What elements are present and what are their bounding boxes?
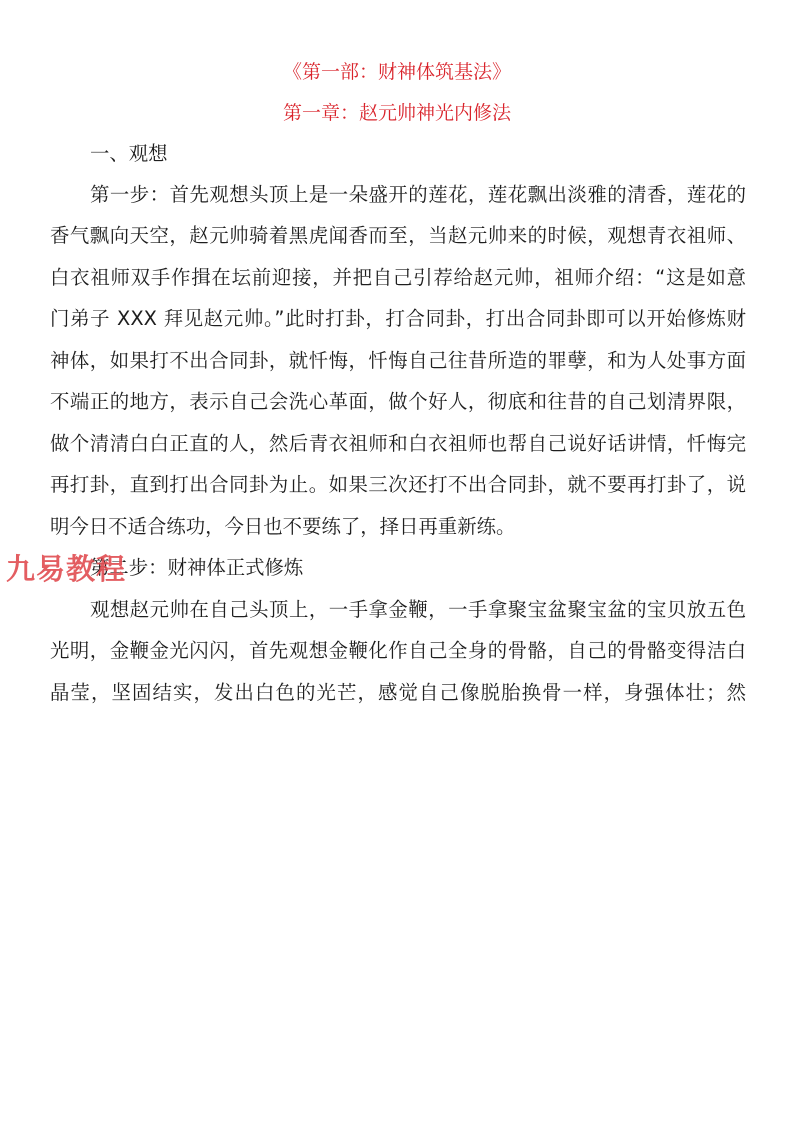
- step2-heading: 第二步：财神体正式修炼: [90, 556, 746, 580]
- part-title: 《第一部：财神体筑基法》: [0, 60, 794, 84]
- paragraph-line: 门弟子 XXX 拜见赵元帅。”此时打卦，打合同卦，打出合同卦即可以开始修炼财: [50, 307, 746, 331]
- paragraph-line: 再打卦，直到打出合同卦为止。如果三次还打不出合同卦，就不要再打卦了，说: [50, 473, 746, 497]
- paragraph-line: 第一步：首先观想头顶上是一朵盛开的莲花，莲花飘出淡雅的清香，莲花的: [90, 183, 746, 207]
- chapter-title: 第一章：赵元帅神光内修法: [0, 101, 794, 125]
- section-heading: 一、观想: [90, 142, 746, 166]
- paragraph-line: 神体，如果打不出合同卦，就忏悔，忏悔自己往昔所造的罪孽，和为人处事方面: [50, 349, 746, 373]
- paragraph-line: 不端正的地方，表示自己会洗心革面，做个好人，彻底和往昔的自己划清界限，: [50, 390, 746, 414]
- document-page: 《第一部：财神体筑基法》 第一章：赵元帅神光内修法 一、观想 第一步：首先观想头…: [0, 0, 794, 1123]
- paragraph-line: 香气飘向天空，赵元帅骑着黑虎闻香而至，当赵元帅来的时候，观想青衣祖师、: [50, 224, 746, 248]
- paragraph-line: 光明，金鞭金光闪闪，首先观想金鞭化作自己全身的骨骼，自己的骨骼变得洁白: [50, 639, 746, 663]
- paragraph-line: 明今日不适合练功，今日也不要练了，择日再重新练。: [50, 515, 746, 539]
- watermark-logo: 九易教程: [6, 547, 126, 588]
- paragraph-line: 做个清清白白正直的人，然后青衣祖师和白衣祖师也帮自己说好话讲情，忏悔完: [50, 432, 746, 456]
- paragraph-line: 白衣祖师双手作揖在坛前迎接，并把自己引荐给赵元帅，祖师介绍：“这是如意: [50, 266, 746, 290]
- paragraph-line: 晶莹，坚固结实，发出白色的光芒，感觉自己像脱胎换骨一样，身强体壮；然: [50, 681, 746, 705]
- paragraph-line: 观想赵元帅在自己头顶上，一手拿金鞭，一手拿聚宝盆聚宝盆的宝贝放五色: [90, 598, 746, 622]
